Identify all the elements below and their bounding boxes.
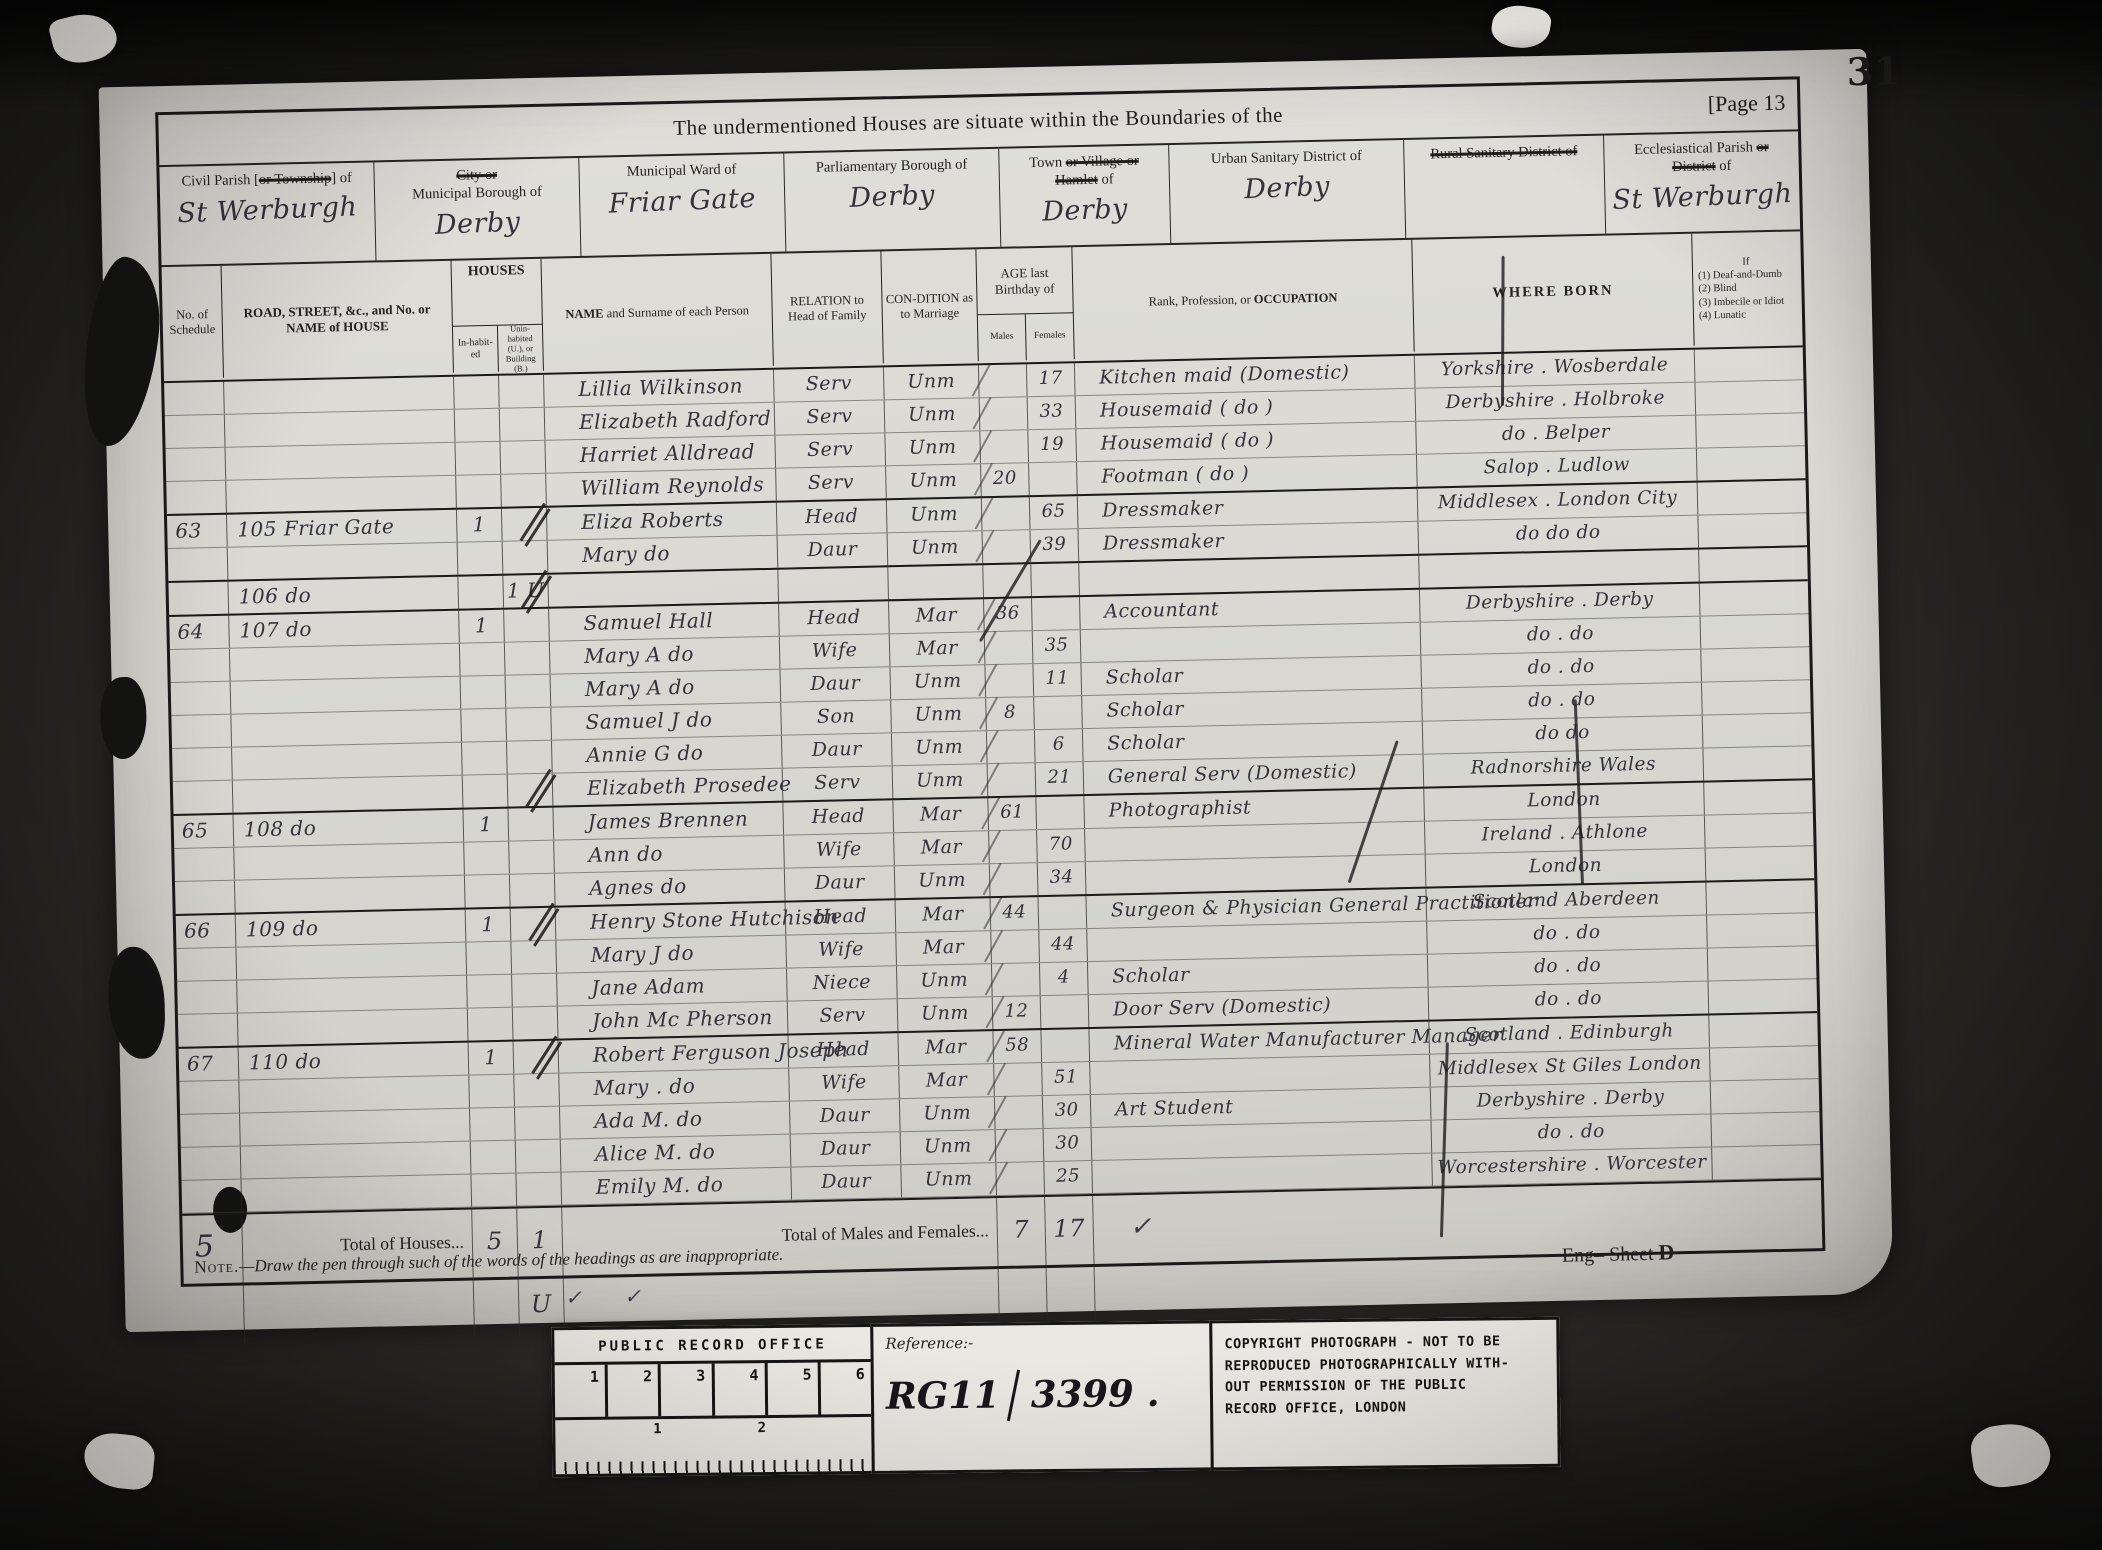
ink-blot: [100, 677, 148, 760]
inhabited-mark: [458, 542, 504, 575]
relation-to-head: Wife: [784, 833, 895, 867]
disability-cell: [1703, 713, 1808, 747]
age-female: 17: [1027, 363, 1076, 396]
footnote-check-marks: ✓ ✓: [565, 1283, 659, 1309]
person-name: Samuel J do: [551, 703, 782, 740]
relation-to-head: Wife: [786, 933, 897, 967]
person-name: Emily M. do: [561, 1168, 792, 1205]
marriage-condition: Mar: [890, 632, 986, 666]
schedule-number: [165, 415, 226, 448]
disability-cell: [1695, 347, 1800, 381]
age-female: 19: [1028, 429, 1077, 462]
age-female: 6: [1035, 729, 1084, 762]
age-male: 61: [988, 797, 1037, 830]
person-name: Jane Adam: [557, 969, 788, 1006]
district-field-town: Town or Village orHamlet of Derby: [999, 145, 1171, 247]
age-male: [995, 1096, 1044, 1129]
uninhabited-mark: [512, 974, 558, 1007]
person-name: Mary do: [548, 536, 779, 573]
marriage-condition: Mar: [894, 831, 990, 865]
marriage-condition: Unm: [895, 864, 991, 898]
age-male: [988, 763, 1037, 796]
age-male: [980, 397, 1029, 430]
road-name: [238, 1009, 469, 1046]
person-name: Henry Stone Hutchison: [556, 903, 787, 940]
ecclesiastical-parish-value: St Werburgh: [1605, 178, 1800, 217]
pro-stamp: PUBLIC RECORD OFFICE 1 2 3 4 5 6 1 2 Ref…: [551, 1317, 1561, 1478]
relation-to-head: Serv: [776, 466, 887, 500]
road-name: [231, 677, 462, 714]
schedule-number: [168, 582, 229, 615]
footnote-prefix: Note.: [194, 1257, 239, 1277]
marriage-condition: Unm: [890, 665, 986, 699]
municipal-borough-value: Derby: [375, 204, 580, 243]
age-male: [985, 664, 1034, 697]
inhabited-mark: 1: [469, 1042, 515, 1075]
schedule-number: [177, 981, 238, 1014]
person-name: [548, 570, 779, 607]
road-name: [225, 410, 456, 447]
uninhabited-mark: [513, 1007, 559, 1040]
person-name: William Reynolds: [546, 469, 777, 506]
district-field-municipal-borough: City orMunicipal Borough of Derby: [374, 158, 581, 260]
disability-cell: [1711, 1112, 1816, 1146]
marriage-condition: Unm: [887, 498, 983, 532]
relation-to-head: Daur: [790, 1099, 901, 1133]
inhabited-mark: 1: [463, 809, 509, 842]
person-name: Harriet Alldread: [545, 436, 776, 473]
relation-to-head: Serv: [775, 400, 886, 434]
relation-to-head: Head: [779, 601, 890, 635]
inhabited-mark: 1: [466, 909, 512, 942]
where-born: Scotland Aberdeen: [1426, 883, 1707, 921]
marriage-condition: Unm: [888, 531, 984, 565]
road-name: 108 do: [234, 810, 465, 847]
uninhabited-mark: [505, 642, 551, 675]
where-born: do . do: [1428, 949, 1709, 987]
road-name: 106 do: [228, 577, 459, 614]
age-female: 33: [1028, 396, 1077, 429]
civil-parish-value: St Werburgh: [160, 191, 375, 230]
age-female: 70: [1037, 829, 1086, 862]
schedule-number: 66: [176, 915, 237, 948]
uninhabited-mark: [508, 808, 554, 841]
relation-to-head: Serv: [774, 367, 885, 401]
col-header-houses: HOUSES: [451, 259, 542, 327]
relation-to-head: Head: [786, 900, 897, 934]
marriage-condition: Unm: [901, 1163, 997, 1197]
disability-cell: [1706, 880, 1811, 914]
col-header-inhabited: In-habit-ed: [453, 326, 499, 373]
where-born: do do do: [1418, 516, 1699, 554]
inhabited-mark: [464, 842, 510, 875]
district-field-civil-parish: Civil Parish [or Township] of St Werburg…: [159, 162, 376, 265]
disability-cell: [1710, 1046, 1815, 1080]
inhabited-mark: [468, 1008, 514, 1041]
where-born: Salop . Ludlow: [1417, 449, 1698, 487]
person-name: Annie G do: [552, 736, 783, 773]
schedule-number: 63: [167, 515, 228, 548]
schedule-number: [175, 881, 236, 914]
inhabited-mark: [460, 643, 506, 676]
schedule-number: [166, 481, 227, 514]
col-header-males: Males: [978, 314, 1027, 361]
inhabited-mark: [456, 475, 502, 508]
district-field-ecclesiastical-parish: Ecclesiastical Parish orDistrict of St W…: [1604, 131, 1800, 233]
road-name: [240, 1109, 471, 1146]
uninhabited-mark: [511, 941, 557, 974]
disability-cell: [1702, 680, 1807, 714]
uninhabited-mark: [499, 375, 545, 408]
inhabited-mark: [471, 1174, 517, 1207]
marriage-condition: Mar: [898, 1031, 994, 1065]
road-name: [235, 876, 466, 913]
col-header-uninhabited: Unin-habited (U.), or Building (B.): [498, 325, 544, 372]
occupation: [1092, 1154, 1433, 1193]
pro-stamp-copyright-box: COPYRIGHT PHOTOGRAPH - NOT TO BE REPRODU…: [1209, 1317, 1561, 1471]
where-born: do . do: [1429, 982, 1710, 1020]
town-value: Derby: [1000, 192, 1170, 230]
road-name: [230, 644, 461, 681]
inhabited-mark: [461, 709, 507, 742]
mount-corner-bottom-left: [81, 1430, 156, 1491]
inhabited-mark: [463, 775, 509, 808]
uninhabited-mark: [516, 1140, 562, 1173]
uninhabited-mark: [507, 741, 553, 774]
where-born: do . do: [1421, 617, 1702, 655]
schedule-number: [166, 448, 227, 481]
where-born: do . do: [1421, 650, 1702, 688]
sheet-label: Eng– Sheet D: [1562, 1239, 1675, 1267]
marriage-condition: Mar: [893, 798, 989, 832]
age-male: 12: [993, 996, 1042, 1029]
road-name: [237, 976, 468, 1013]
disability-cell: [1709, 979, 1814, 1013]
age-male: [987, 730, 1036, 763]
relation-to-head: Daur: [791, 1132, 902, 1166]
age-female: 21: [1036, 762, 1085, 795]
inhabited-mark: [455, 409, 501, 442]
age-female: 11: [1033, 663, 1082, 696]
age-male: 44: [991, 897, 1040, 930]
uninhabited-mark: [504, 609, 550, 642]
person-name: Robert Ferguson Joseph: [559, 1036, 790, 1073]
ruler-cm-scale: 1 2 3 4 5 6: [555, 1359, 872, 1417]
age-male: [996, 1162, 1045, 1195]
disability-cell: [1711, 1079, 1816, 1113]
schedule-number: [172, 748, 233, 781]
age-female: 4: [1040, 962, 1089, 995]
col-header-name: NAME and Surname of each Person: [541, 254, 773, 371]
marriage-condition: [888, 565, 984, 599]
marriage-condition: Unm: [885, 398, 981, 432]
relation-to-head: Daur: [785, 866, 896, 900]
disability-cell: [1706, 846, 1811, 880]
marriage-condition: Mar: [889, 599, 985, 633]
urban-sanitary-value: Derby: [1170, 168, 1405, 208]
relation-to-head: Daur: [780, 667, 891, 701]
road-name: 105 Friar Gate: [227, 510, 458, 547]
inhabited-mark: 1: [457, 509, 503, 542]
reference-label: Reference:-: [885, 1332, 1197, 1353]
relation-to-head: Head: [788, 1033, 899, 1067]
pro-office-label: PUBLIC RECORD OFFICE: [554, 1327, 870, 1362]
age-female: 34: [1038, 862, 1087, 895]
person-name: Alice M. do: [561, 1135, 792, 1172]
road-name: [241, 1142, 472, 1179]
schedule-number: [174, 848, 235, 881]
person-name: Mary A do: [551, 670, 782, 707]
ink-blot: [107, 946, 165, 1059]
schedule-number: [176, 948, 237, 981]
uninhabited-mark: [514, 1074, 560, 1107]
person-name: Mary J do: [556, 936, 787, 973]
person-name: Ada M. do: [560, 1102, 791, 1139]
col-header-condition: CON-DITION as to Marriage: [881, 249, 978, 363]
disability-cell: [1708, 946, 1813, 980]
where-born: Radnorshire Wales: [1424, 749, 1705, 787]
age-male: 20: [981, 463, 1030, 496]
age-female: [1031, 563, 1080, 596]
disability-cell: [1695, 380, 1800, 414]
relation-to-head: Wife: [789, 1066, 900, 1100]
where-born: do do: [1423, 716, 1704, 754]
disability-cell: [1696, 413, 1801, 447]
relation-to-head: Serv: [775, 433, 886, 467]
schedule-number: [178, 1014, 239, 1047]
uninhabited-mark: [503, 541, 549, 574]
road-name: [224, 377, 455, 414]
marriage-condition: Unm: [892, 731, 988, 765]
where-born: Derbyshire . Holbroke: [1416, 383, 1697, 421]
road-name: [232, 743, 463, 780]
schedule-number: 64: [169, 616, 230, 649]
age-male: 58: [993, 1030, 1042, 1063]
uninhabited-mark: [501, 474, 547, 507]
relation-to-head: Daur: [778, 533, 889, 567]
inhabited-mark: [462, 742, 508, 775]
rural-sanitary-value: [1405, 164, 1604, 172]
disability-cell: [1704, 780, 1809, 814]
where-born: Ireland . Athlone: [1425, 816, 1706, 854]
relation-to-head: Head: [777, 500, 888, 534]
municipal-ward-value: Friar Gate: [580, 182, 785, 221]
age-male: [979, 364, 1028, 397]
mount-corner-bottom-right: [1968, 1419, 2054, 1491]
col-header-age: AGE last Birthday of: [976, 247, 1073, 315]
district-field-rural-sanitary: Rural Sanitary District of: [1404, 136, 1606, 238]
disability-cell: [1700, 581, 1805, 615]
age-male: [985, 631, 1034, 664]
col-header-females: Females: [1026, 313, 1075, 360]
inhabited-mark: [465, 875, 511, 908]
where-born: do . Belper: [1416, 416, 1697, 454]
age-female: [1032, 597, 1081, 630]
person-name: Mary A do: [550, 637, 781, 674]
inhabited-mark: [467, 975, 513, 1008]
marriage-condition: Unm: [885, 431, 981, 465]
parliamentary-borough-value: Derby: [785, 177, 1000, 216]
road-name: 107 do: [229, 611, 460, 648]
census-rows: Lillia Wilkinson Serv Unm 17 Kitchen mai…: [164, 347, 1821, 1214]
road-name: [226, 476, 457, 513]
disability-cell: [1697, 446, 1802, 480]
marriage-condition: Mar: [896, 931, 992, 965]
disability-cell: [1709, 1013, 1814, 1047]
district-field-urban-sanitary: Urban Sanitary District of Derby: [1169, 140, 1406, 243]
age-female: [1041, 1029, 1090, 1062]
road-name: 109 do: [236, 910, 467, 947]
person-name: Ann do: [554, 836, 785, 873]
person-name: Elizabeth Prosedee: [553, 769, 784, 806]
age-male: [989, 830, 1038, 863]
age-female: 30: [1044, 1128, 1093, 1161]
relation-to-head: Daur: [791, 1165, 902, 1199]
col-header-disabilities: If (1) Deaf-and-Dumb (2) Blind (3) Imbec…: [1692, 231, 1798, 345]
disability-cell: [1699, 547, 1804, 581]
marriage-condition: Unm: [901, 1130, 997, 1164]
age-male: [996, 1129, 1045, 1162]
age-male: [994, 1063, 1043, 1096]
uninhabited-mark: [516, 1173, 562, 1206]
relation-to-head: Wife: [780, 634, 891, 668]
photo-background: 31 The undermentioned Houses are situate…: [0, 0, 2102, 1550]
uninhabited-mark: [506, 708, 552, 741]
age-male: [992, 963, 1041, 996]
age-female: 25: [1044, 1161, 1093, 1194]
col-header-occupation: Rank, Profession, or OCCUPATION: [1072, 240, 1414, 359]
person-name: John Mc Pherson: [558, 1002, 789, 1039]
disability-cell: [1698, 480, 1803, 514]
reference-value: RG113399 .: [886, 1368, 1198, 1418]
schedule-number: [171, 715, 232, 748]
relation-to-head: Head: [783, 800, 894, 834]
age-male: [983, 530, 1032, 563]
disability-cell: [1705, 813, 1810, 847]
reference-slash: [1007, 1370, 1020, 1422]
ruler-inch-scale: 1 2: [555, 1414, 872, 1474]
marriage-condition: Mar: [899, 1064, 995, 1098]
person-name: Eliza Roberts: [547, 503, 778, 540]
schedule-number: 65: [174, 815, 235, 848]
where-born: do . do: [1431, 1114, 1712, 1152]
inhabited-mark: [454, 376, 500, 409]
col-header-road: ROAD, STREET, &c., and No. or NAME of HO…: [222, 261, 454, 378]
handwritten-page-number: 31: [1846, 48, 1901, 94]
road-name: [231, 710, 462, 747]
where-born: Middlesex . London City: [1418, 483, 1699, 521]
census-sheet: 31 The undermentioned Houses are situate…: [99, 49, 1894, 1332]
where-born: London: [1424, 783, 1705, 821]
disability-cell: [1701, 647, 1806, 681]
age-female: [1036, 796, 1085, 829]
where-born: do . do: [1422, 683, 1703, 721]
relation-to-head: Serv: [788, 999, 899, 1033]
disability-cell: [1703, 746, 1808, 780]
inhabited-mark: [455, 442, 501, 475]
relation-to-head: Niece: [787, 966, 898, 1000]
road-name: [234, 843, 465, 880]
schedule-number: [180, 1114, 241, 1147]
marriage-condition: Unm: [897, 964, 993, 998]
age-male: [990, 863, 1039, 896]
district-field-parliamentary-borough: Parliamentary Borough of Derby: [784, 149, 1001, 252]
person-name: James Brennen: [553, 803, 784, 840]
age-female: 44: [1039, 929, 1088, 962]
marriage-condition: Unm: [900, 1097, 996, 1131]
road-name: [239, 1076, 470, 1113]
uninhabited-mark: [510, 874, 556, 907]
marriage-condition: Unm: [884, 365, 980, 399]
col-header-schedule: No. of Schedule: [162, 266, 224, 379]
where-born: Yorkshire . Wosberdale: [1415, 350, 1696, 388]
road-name: [228, 543, 459, 580]
where-born: [1419, 550, 1700, 588]
marriage-condition: Unm: [891, 698, 987, 732]
age-female: 51: [1042, 1062, 1091, 1095]
inhabited-mark: [466, 942, 512, 975]
age-female: 35: [1033, 630, 1082, 663]
person-name: Samuel Hall: [549, 604, 780, 641]
where-born: Derbyshire . Derby: [1420, 584, 1701, 622]
inhabited-mark: [469, 1075, 515, 1108]
marriage-condition: Mar: [896, 898, 992, 932]
age-male: [980, 430, 1029, 463]
where-born: Derbyshire . Derby: [1431, 1082, 1712, 1120]
disability-cell: [1712, 1145, 1817, 1179]
uninhabited-mark: [515, 1107, 561, 1140]
schedule-number: [164, 382, 225, 415]
schedule-number: [168, 548, 229, 581]
page-label: [Page 13: [1708, 90, 1786, 118]
road-name: [226, 443, 457, 480]
age-female: [1041, 995, 1090, 1028]
col-header-where-born: WHERE BORN: [1412, 234, 1694, 352]
age-female: 65: [1030, 496, 1079, 529]
where-born: Middlesex St Giles London: [1430, 1049, 1711, 1087]
disability-cell: [1701, 614, 1806, 648]
age-male: [991, 930, 1040, 963]
uninhabited-mark: [509, 841, 555, 874]
road-name: 110 do: [239, 1043, 470, 1080]
road-name: [233, 776, 464, 813]
age-male: 8: [986, 697, 1035, 730]
inhabited-mark: [470, 1108, 516, 1141]
inhabited-mark: [471, 1141, 517, 1174]
schedule-number: [179, 1081, 240, 1114]
schedule-number: [181, 1147, 242, 1180]
mount-corner-top-left: [47, 7, 121, 69]
disability-cell: [1707, 913, 1812, 947]
age-female: [1039, 896, 1088, 929]
ink-blot: [75, 254, 167, 451]
district-field-municipal-ward: Municipal Ward of Friar Gate: [579, 153, 786, 255]
road-name: [236, 943, 467, 980]
relation-to-head: Daur: [782, 733, 893, 767]
where-born: do . do: [1427, 916, 1708, 954]
census-form: The undermentioned Houses are situate wi…: [155, 76, 1825, 1287]
pro-stamp-reference-box: Reference:- RG113399 .: [870, 1320, 1214, 1474]
where-born: Worcestershire . Worcester: [1432, 1147, 1713, 1185]
marriage-condition: Unm: [898, 997, 994, 1031]
age-male: [982, 497, 1031, 530]
mount-corner-top-right: [1489, 2, 1553, 53]
marriage-condition: Unm: [886, 464, 982, 498]
age-male: 36: [984, 598, 1033, 631]
disability-cell: [1698, 513, 1803, 547]
age-female: [1034, 696, 1083, 729]
col-header-relation: RELATION to Head of Family: [771, 251, 883, 365]
